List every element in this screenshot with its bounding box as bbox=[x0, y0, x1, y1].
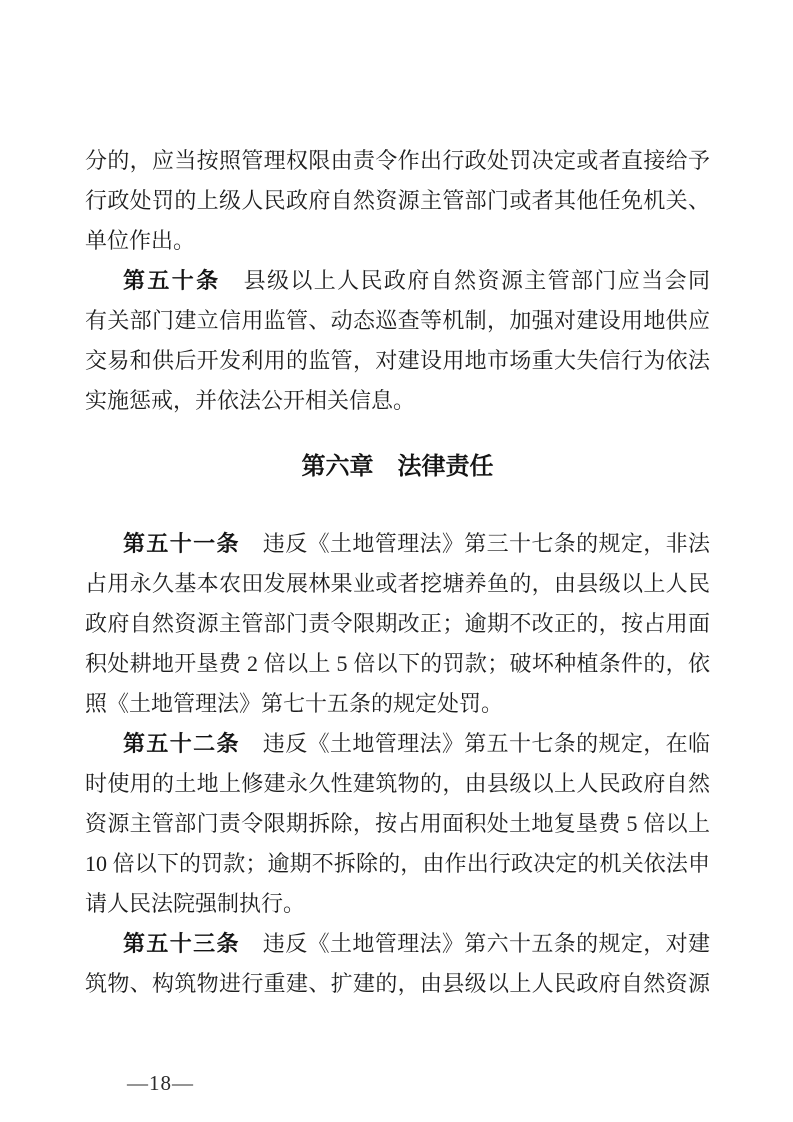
article-number: 第五十二条 bbox=[123, 731, 240, 756]
text-line: 分的，应当按照管理权限由责令作出行政处罚决定或者直接给予 bbox=[85, 141, 710, 181]
article-lead-text: 违反《土地管理法》第三十七条的规定，非法 bbox=[263, 531, 710, 556]
article-lead-text: 违反《土地管理法》第六十五条的规定，对建 bbox=[263, 931, 710, 956]
text-line: 10 倍以下的罚款；逾期不拆除的，由作出行政决定的机关依法申 bbox=[85, 844, 710, 884]
article-number: 第五十条 bbox=[123, 268, 221, 293]
article-lead-text: 违反《土地管理法》第五十七条的规定，在临 bbox=[263, 731, 710, 756]
article-52-paragraph: 第五十二条违反《土地管理法》第五十七条的规定，在临 时使用的土地上修建永久性建筑… bbox=[85, 724, 710, 924]
document-body: 分的，应当按照管理权限由责令作出行政处罚决定或者直接给予 行政处罚的上级人民政府… bbox=[85, 141, 710, 1004]
article-50-paragraph: 第五十条县级以上人民政府自然资源主管部门应当会同 有关部门建立信用监管、动态巡查… bbox=[85, 261, 710, 421]
text-line: 筑物、构筑物进行重建、扩建的，由县级以上人民政府自然资源 bbox=[85, 964, 710, 1004]
article-51-paragraph: 第五十一条违反《土地管理法》第三十七条的规定，非法 占用永久基本农田发展林果业或… bbox=[85, 524, 710, 724]
paragraph-continuation: 分的，应当按照管理权限由责令作出行政处罚决定或者直接给予 行政处罚的上级人民政府… bbox=[85, 141, 710, 261]
text-line: 请人民法院强制执行。 bbox=[85, 884, 710, 924]
page-number: —18— bbox=[127, 1071, 194, 1096]
text-line: 时使用的土地上修建永久性建筑物的，由县级以上人民政府自然 bbox=[85, 764, 710, 804]
article-53-paragraph: 第五十三条违反《土地管理法》第六十五条的规定，对建 筑物、构筑物进行重建、扩建的… bbox=[85, 924, 710, 1004]
chapter-heading: 第六章 法律责任 bbox=[85, 447, 710, 487]
text-line: 照《土地管理法》第七十五条的规定处罚。 bbox=[85, 684, 710, 724]
text-line: 单位作出。 bbox=[85, 221, 710, 261]
text-line: 占用永久基本农田发展林果业或者挖塘养鱼的，由县级以上人民 bbox=[85, 564, 710, 604]
article-first-line: 第五十条县级以上人民政府自然资源主管部门应当会同 bbox=[85, 261, 710, 301]
text-line: 资源主管部门责令限期拆除，按占用面积处土地复垦费 5 倍以上 bbox=[85, 804, 710, 844]
article-number: 第五十三条 bbox=[123, 931, 240, 956]
text-line: 政府自然资源主管部门责令限期改正；逾期不改正的，按占用面 bbox=[85, 604, 710, 644]
text-line: 实施惩戒，并依法公开相关信息。 bbox=[85, 381, 710, 421]
document-page: 分的，应当按照管理权限由责令作出行政处罚决定或者直接给予 行政处罚的上级人民政府… bbox=[0, 0, 793, 1122]
article-first-line: 第五十三条违反《土地管理法》第六十五条的规定，对建 bbox=[85, 924, 710, 964]
article-first-line: 第五十二条违反《土地管理法》第五十七条的规定，在临 bbox=[85, 724, 710, 764]
text-line: 行政处罚的上级人民政府自然资源主管部门或者其他任免机关、 bbox=[85, 181, 710, 221]
text-line: 交易和供后开发利用的监管，对建设用地市场重大失信行为依法 bbox=[85, 341, 710, 381]
text-line: 有关部门建立信用监管、动态巡查等机制，加强对建设用地供应 bbox=[85, 301, 710, 341]
article-first-line: 第五十一条违反《土地管理法》第三十七条的规定，非法 bbox=[85, 524, 710, 564]
article-lead-text: 县级以上人民政府自然资源主管部门应当会同 bbox=[244, 268, 710, 293]
article-number: 第五十一条 bbox=[123, 531, 240, 556]
text-line: 积处耕地开垦费 2 倍以上 5 倍以下的罚款；破坏种植条件的，依 bbox=[85, 644, 710, 684]
